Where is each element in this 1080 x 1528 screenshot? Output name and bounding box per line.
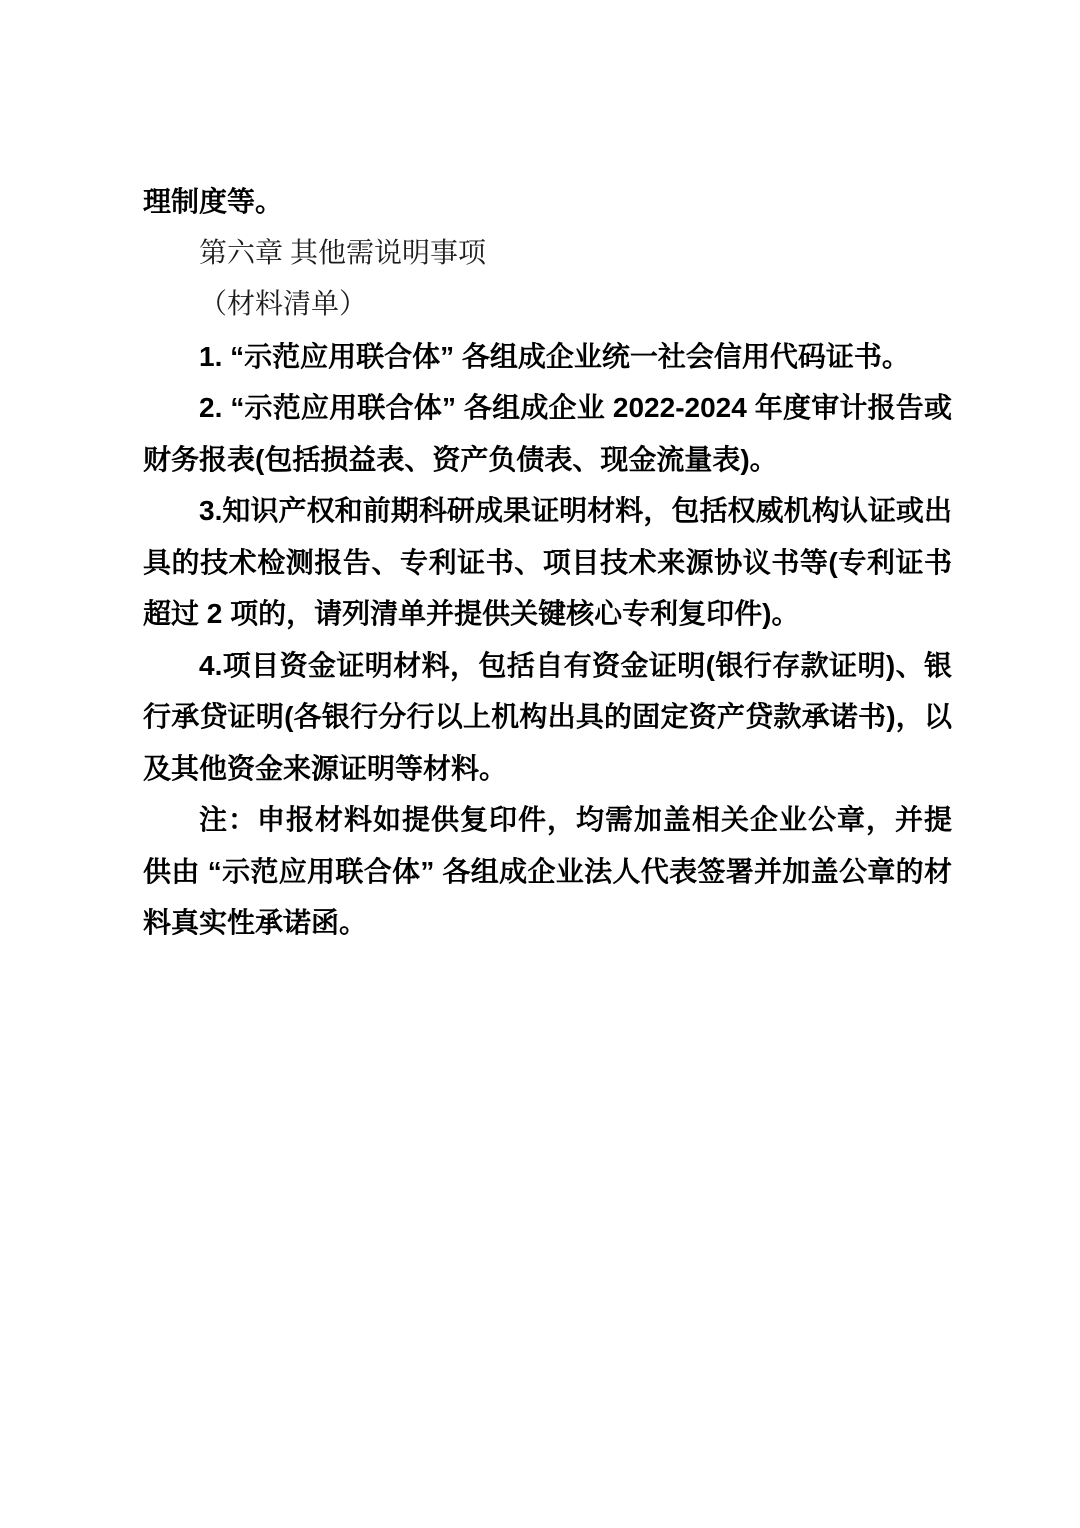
list-item-4: 4.项目资金证明材料，包括自有资金证明(银行存款证明)、银行承贷证明(各银行分行…: [143, 640, 952, 795]
list-item-1: 1. “示范应用联合体” 各组成企业统一社会信用代码证书。: [143, 331, 952, 383]
paragraph-continuation: 理制度等。: [143, 176, 952, 228]
subtitle-materials-list: （材料清单）: [143, 279, 952, 331]
list-item-3: 3.知识产权和前期科研成果证明材料，包括权威机构认证或出具的技术检测报告、专利证…: [143, 485, 952, 640]
note-paragraph: 注：申报材料如提供复印件，均需加盖相关企业公章，并提供由 “示范应用联合体” 各…: [143, 794, 952, 949]
chapter-heading: 第六章 其他需说明事项: [143, 228, 952, 280]
document-page: 理制度等。 第六章 其他需说明事项 （材料清单） 1. “示范应用联合体” 各组…: [0, 0, 1080, 1528]
list-item-2: 2. “示范应用联合体” 各组成企业 2022-2024 年度审计报告或财务报表…: [143, 382, 952, 485]
